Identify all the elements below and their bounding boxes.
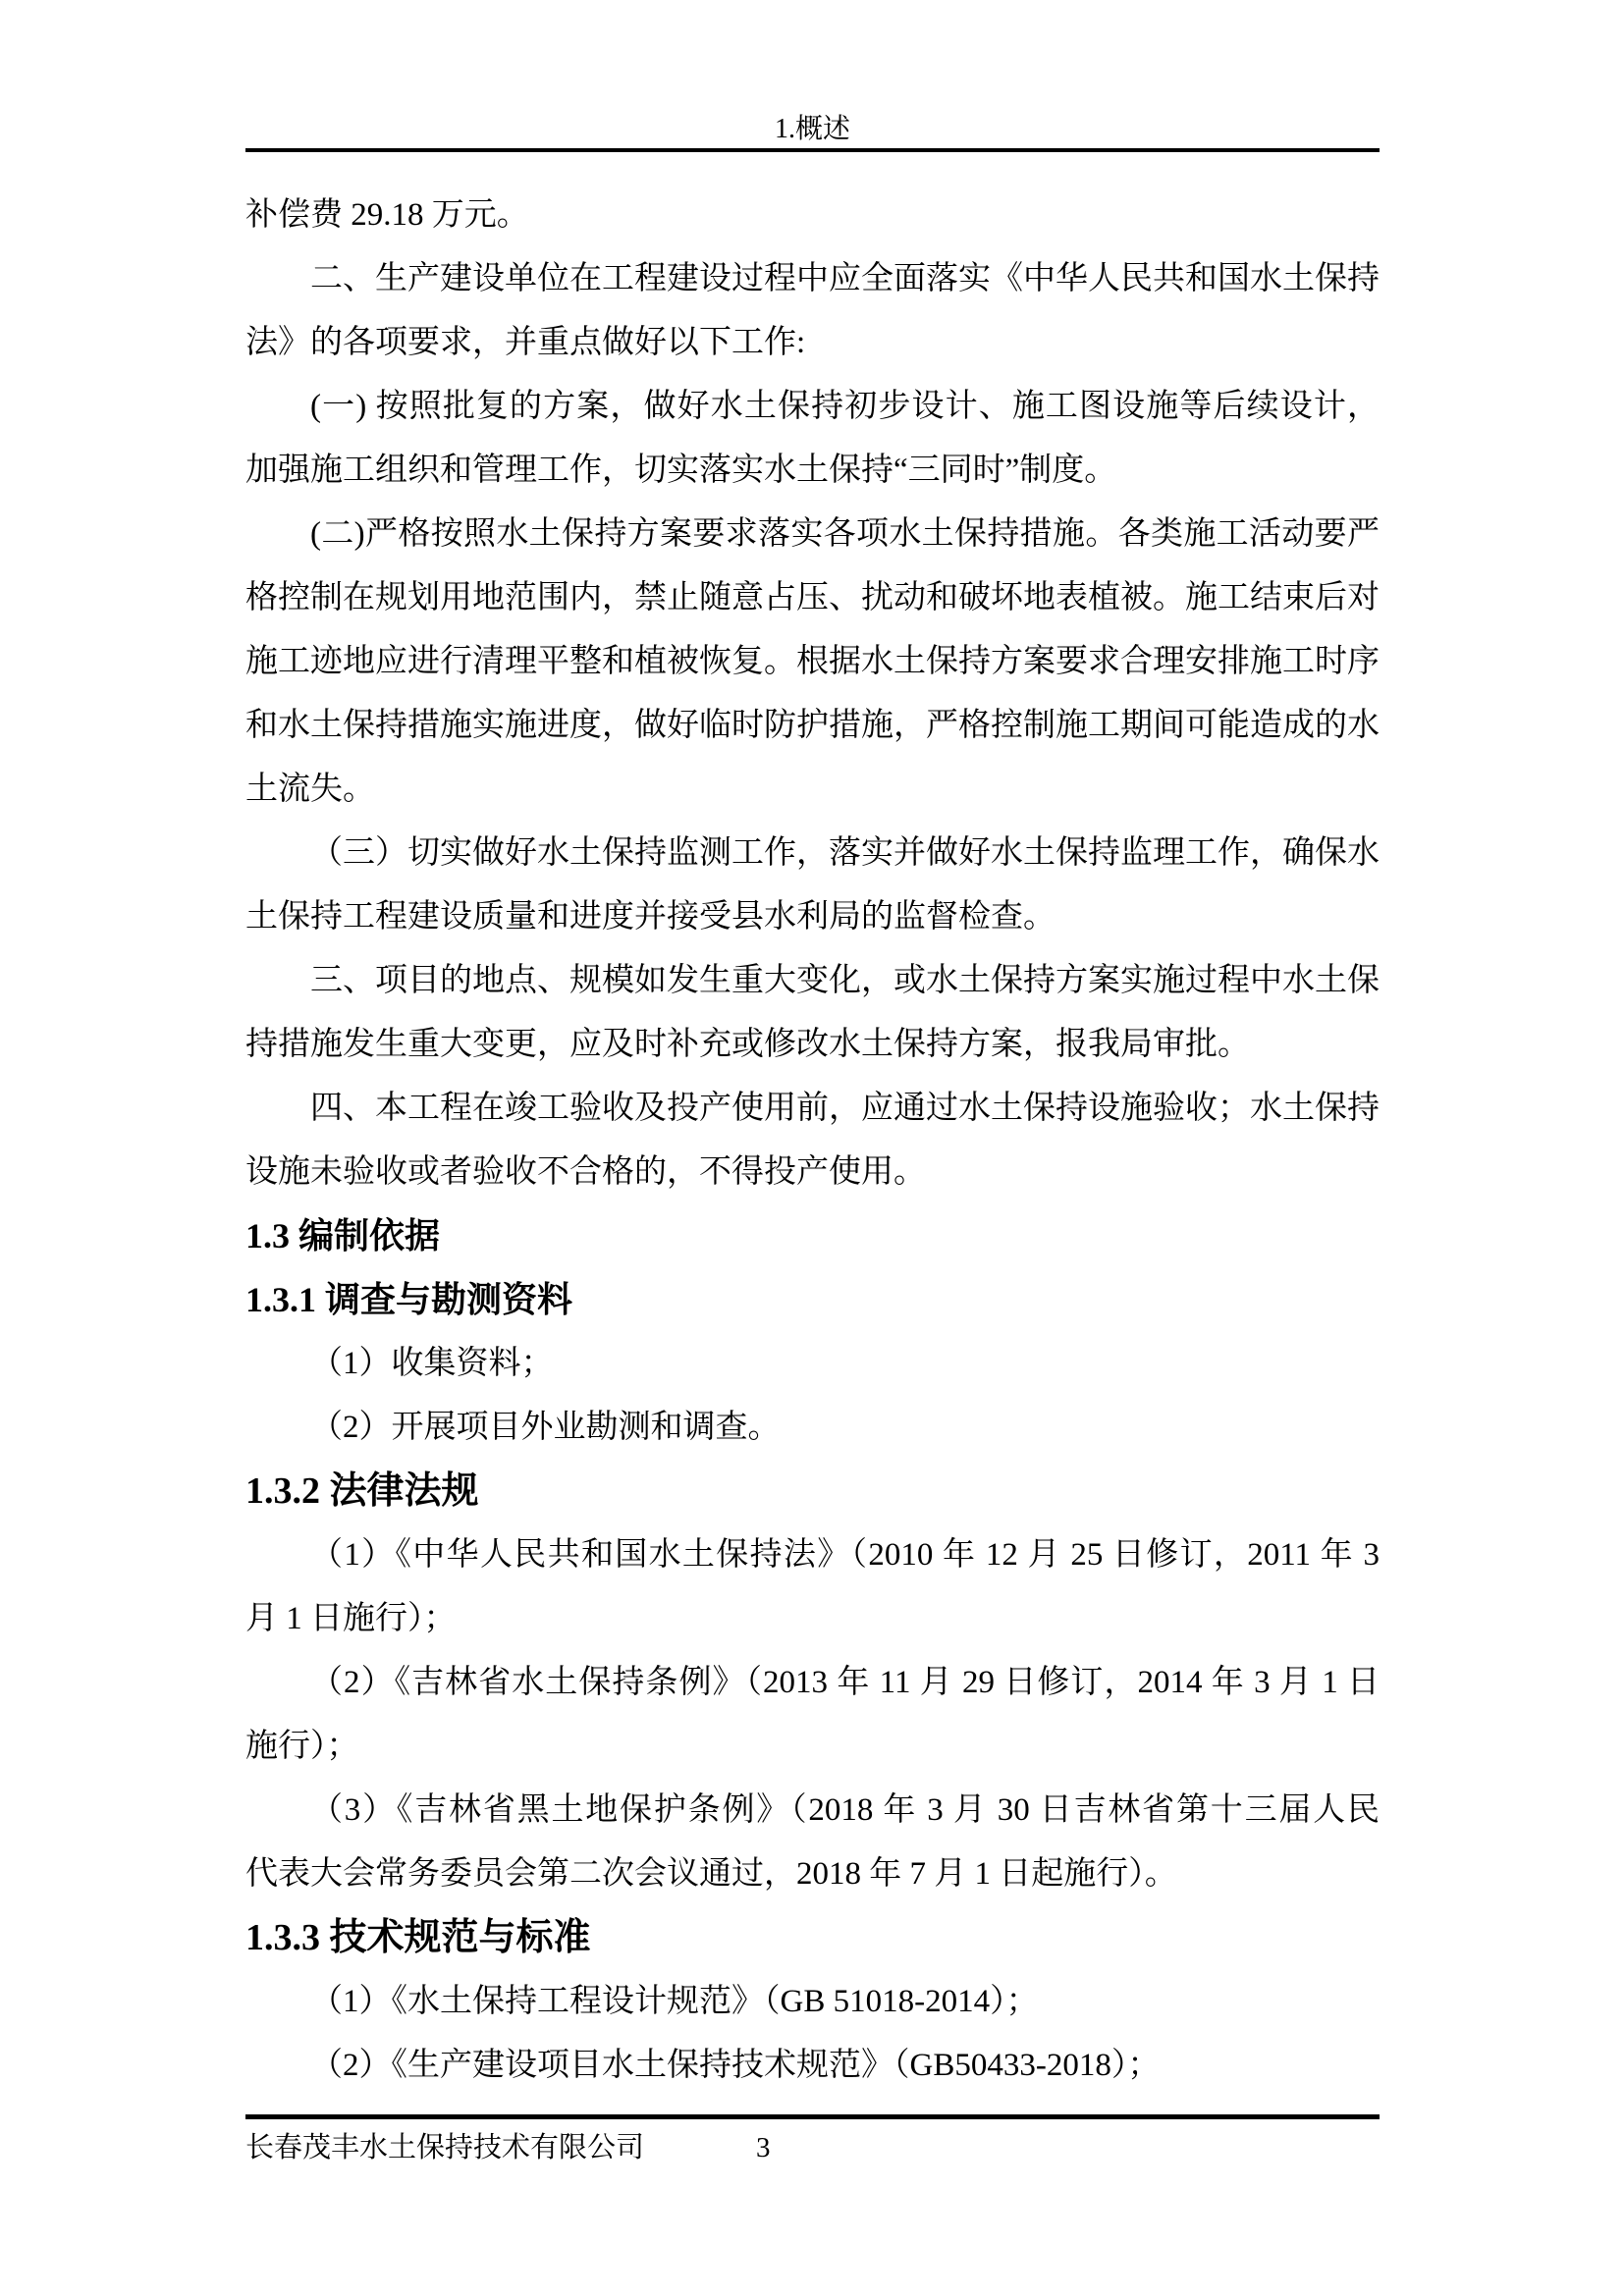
page-header-title: 1.概述: [245, 110, 1380, 149]
body-line: 补偿费 29.18 万元。: [245, 184, 1380, 247]
body-line: 施行）；: [245, 1715, 1380, 1779]
body-line: 代表大会常务委员会第二次会议通过，2018 年 7 月 1 日起施行）。: [245, 1842, 1380, 1906]
body-line: 和水土保持措施实施进度，做好临时防护措施，严格控制施工期间可能造成的水: [245, 694, 1380, 758]
body-line: 设施未验收或者验收不合格的，不得投产使用。: [245, 1141, 1380, 1204]
footer-company-name: 长春茂丰水土保持技术有限公司: [245, 2126, 644, 2169]
section-heading: 1.3.1 调查与勘测资料: [245, 1268, 1380, 1332]
body-line: （1）《水土保持工程设计规范》（GB 51018-2014）；: [245, 1970, 1380, 2034]
body-line: 四、本工程在竣工验收及投产使用前，应通过水土保持设施验收；水土保持: [245, 1077, 1380, 1141]
footer-page-number: 3: [756, 2126, 771, 2169]
body-line: （2）《吉林省水土保持条例》（2013 年 11 月 29 日修订，2014 年…: [245, 1651, 1380, 1715]
body-line: 施工迹地应进行清理平整和植被恢复。根据水土保持方案要求合理安排施工时序: [245, 630, 1380, 694]
body-line: （2）《生产建设项目水土保持技术规范》（GB50433-2018）；: [245, 2034, 1380, 2098]
document-body: 补偿费 29.18 万元。二、生产建设单位在工程建设过程中应全面落实《中华人民共…: [245, 184, 1380, 2098]
body-line: （1）收集资料；: [245, 1332, 1380, 1396]
document-page: 1.概述 补偿费 29.18 万元。二、生产建设单位在工程建设过程中应全面落实《…: [0, 0, 1624, 2296]
footer-rule: [245, 2114, 1380, 2119]
body-line: 三、项目的地点、规模如发生重大变化，或水土保持方案实施过程中水土保: [245, 949, 1380, 1013]
section-heading: 1.3.2 法律法规: [245, 1460, 1380, 1523]
body-line: （2）开展项目外业勘测和调查。: [245, 1396, 1380, 1460]
body-line: 二、生产建设单位在工程建设过程中应全面落实《中华人民共和国水土保持: [245, 247, 1380, 311]
section-heading: 1.3.3 技术规范与标准: [245, 1906, 1380, 1970]
body-line: 法》的各项要求，并重点做好以下工作:: [245, 311, 1380, 375]
body-line: 格控制在规划用地范围内，禁止随意占压、扰动和破坏地表植被。施工结束后对: [245, 566, 1380, 630]
body-line: （3）《吉林省黑土地保护条例》（2018 年 3 月 30 日吉林省第十三届人民: [245, 1779, 1380, 1842]
body-line: 土保持工程建设质量和进度并接受县水利局的监督检查。: [245, 885, 1380, 949]
page-footer: 长春茂丰水土保持技术有限公司 3: [245, 2126, 1380, 2169]
section-heading: 1.3 编制依据: [245, 1204, 1380, 1268]
body-line: 月 1 日施行）；: [245, 1587, 1380, 1651]
body-line: （1）《中华人民共和国水土保持法》（2010 年 12 月 25 日修订，201…: [245, 1523, 1380, 1587]
body-line: （三）切实做好水土保持监测工作，落实并做好水土保持监理工作，确保水: [245, 822, 1380, 885]
body-line: 加强施工组织和管理工作，切实落实水土保持“三同时”制度。: [245, 439, 1380, 503]
body-line: (一) 按照批复的方案，做好水土保持初步设计、施工图设施等后续设计，: [245, 375, 1380, 439]
header-rule: [245, 148, 1380, 152]
body-line: (二)严格按照水土保持方案要求落实各项水土保持措施。各类施工活动要严: [245, 503, 1380, 566]
body-line: 土流失。: [245, 758, 1380, 822]
body-line: 持措施发生重大变更，应及时补充或修改水土保持方案，报我局审批。: [245, 1013, 1380, 1077]
